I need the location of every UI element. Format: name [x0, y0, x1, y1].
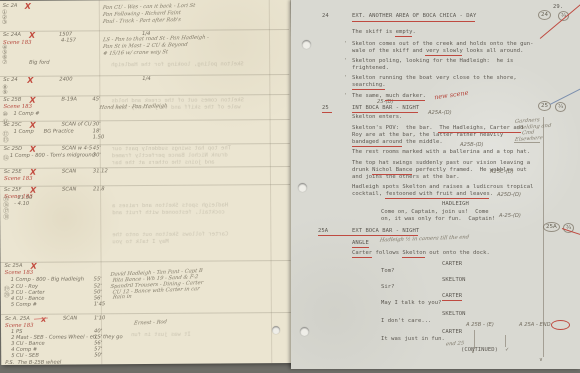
pencil-annotation: SCAN w 4-5 [62, 145, 92, 151]
dialogue-line: Sir? [381, 284, 394, 291]
punch-hole [272, 326, 280, 334]
take-number: ⑱ [3, 212, 9, 221]
pencil-annotation: Big ford [29, 60, 49, 66]
take-number: ⑬ [3, 135, 9, 144]
pencil-scribble: end 25 [446, 341, 465, 348]
red-scene-label: Scene 183 [4, 176, 33, 182]
red-x-mark: X [29, 31, 35, 40]
take-time: 30' [93, 121, 101, 127]
red-x-mark: X [27, 76, 33, 85]
red-underline [352, 89, 385, 90]
red-underline-heading-25 [352, 112, 418, 113]
character-cue: HADLEIGH [442, 201, 469, 208]
ledger-rule [0, 94, 289, 97]
pencil-scene-code: A25A-(D) [428, 110, 452, 116]
margin-reel-mark: ¾ [555, 102, 566, 112]
pencil-annotation: 5 Comp # [11, 302, 37, 308]
red-oval-end [551, 320, 570, 330]
red-underline [425, 55, 462, 56]
pencil-annotation: 1 Comp [14, 129, 34, 135]
dialogue-line: It was just in fun. [381, 336, 445, 343]
ledger-rule [1, 260, 291, 263]
red-underline [352, 146, 402, 147]
typed-line: Skelton poling, looking for the Hadleigh… [352, 58, 513, 65]
dialogue-line: Tom? [381, 268, 394, 275]
character-cue: SKELTON [442, 277, 466, 284]
pencil-annotation: SCAN of CU [62, 121, 92, 127]
ledger-scene-id: Sc 25B [3, 97, 21, 103]
ledger-rule [0, 166, 290, 169]
take-number: ⑦ [2, 59, 7, 66]
bleedthrough-text: The top hat swings suddenly past our [112, 145, 231, 152]
take-time: 30' [93, 152, 101, 158]
character-cue: SKELTON [442, 311, 466, 318]
margin-scene-mark-24: 24 [538, 10, 551, 20]
ledger-scene-id: Sc 25F [4, 187, 21, 193]
bleedthrough-text: wale of the skiff and very slowly looks [111, 104, 240, 111]
page-number: 29. [553, 4, 563, 11]
take-number: ⑨ [2, 89, 7, 96]
dialogue-line: I don't care... [381, 318, 431, 325]
pencil-annotation: 1 Comp # [14, 111, 40, 117]
pencil-arrowhead: ∨ [471, 349, 475, 355]
pencil-tick: ' [345, 75, 346, 81]
pencil-shot-note: Pan St in Mast - 2 CU & Beyond [102, 42, 187, 50]
pencil-scene-code: A 25A - END [519, 322, 551, 328]
red-annotation-new-scene: new scene [434, 89, 469, 102]
pencil-scene-code: A25D-(D) [497, 192, 521, 198]
pencil-annotation: BG Practice [44, 129, 74, 135]
red-underline [322, 112, 332, 113]
pencil-underline [514, 142, 540, 143]
pencil-interlinear-note: Hadleigh ½ in camera till the end [379, 234, 469, 243]
scene-number-24: 24 [322, 13, 329, 20]
left-page-content: Pan CU - Wes - can it back - Lori StPan … [0, 0, 291, 1]
margin-reel-mark: ¾ [558, 11, 569, 21]
ledger-rule [0, 119, 290, 122]
take-time: 55' [94, 276, 102, 282]
ledger-scene-id: Sc A. 25A [5, 316, 30, 322]
red-underline [372, 174, 412, 175]
ledger-column-rule [269, 0, 273, 363]
pencil-tick: ' [345, 58, 346, 64]
margin-scene-mark-25a: 25A [543, 222, 560, 232]
typed-line: Skelton running the boat very close to t… [352, 75, 517, 82]
take-number: ⑭ [3, 153, 9, 162]
red-underline-heading-25a [318, 235, 418, 236]
bleedthrough-text: May I talk to you [112, 239, 168, 245]
bleedthrough-text: and joins the others at the bar [112, 160, 215, 167]
red-scene-label: Scene 183 [5, 270, 34, 276]
margin-scene-mark-25: 25 [538, 101, 551, 111]
pencil-note: Ernest - Rod [133, 319, 167, 326]
pencil-wardrobe-note: Rain in [112, 294, 132, 301]
take-time: 45' [93, 145, 101, 151]
typed-line: Hadleigh spots Skelton and raises a ludi… [352, 184, 534, 191]
pencil-vertical-line [474, 330, 475, 349]
typed-line: The rest rooms marked with a ballerina a… [352, 149, 530, 156]
pencil-shot-note: Paul - Track - Part after Rob's [102, 17, 181, 25]
ledger-scene-id: Sc 25D [4, 146, 22, 152]
bleedthrough-text: Skelton poling, looking for the Hadleigh [111, 61, 243, 68]
bleedthrough-text: Hadleigh spots Skelton and raises a [112, 202, 228, 209]
red-underline [352, 257, 372, 258]
take-time: 1.50 [93, 134, 105, 140]
typed-line: Roy are at the bar, the latter rather he… [352, 132, 503, 139]
pencil-tick: ' [345, 93, 346, 99]
pencil-annotation: 1 Comp - 800 - Tom's midground [10, 152, 95, 159]
bleedthrough-text: Skelton comes out of the creek and holds [111, 97, 243, 104]
pencil-annotation: - 4.10 [14, 201, 29, 207]
scene-heading-24: EXT. ANOTHER AREA OF BOCA CHICA - DAY [352, 13, 476, 20]
left-page-continuity-ledger: Pan CU - Wes - can it back - Lori StPan … [0, 0, 293, 365]
pencil-annotation: 1 Comp - 800 - Big Hadleigh [11, 276, 84, 283]
pencil-vertical-line [543, 117, 544, 357]
bleedthrough-text: Carter follows Skelton out onto the [112, 231, 228, 238]
dialogue-line: Come on, Captain, join us! Come [381, 209, 489, 216]
pencil-scene-code: A 25B - (E) [466, 322, 494, 328]
typed-line: Skelton comes out of the creek and holds… [352, 41, 534, 48]
typed-line: The top hat swings suddenly past our vis… [352, 160, 530, 167]
pencil-shot-note: # 15/16 w/ crane way St [103, 49, 169, 57]
take-number: ③ [2, 19, 7, 26]
pencil-annotation: 5 CU - SEB [11, 353, 39, 359]
pencil-annotation: SCAN [62, 168, 76, 174]
red-x-mark: X [25, 2, 31, 11]
pencil-annotation: 4-157 [61, 37, 76, 43]
pencil-arrowhead: ∨ [539, 357, 543, 363]
pencil-vertical-line [505, 335, 506, 347]
take-time: 50' [94, 352, 102, 358]
red-underline-heading-24 [352, 21, 475, 22]
red-underline [442, 300, 462, 301]
pencil-check: ✓ [505, 347, 509, 353]
red-underline [395, 36, 412, 37]
take-time: 31.12 [93, 168, 108, 174]
continued-marker: (CONTINUED) [461, 347, 498, 354]
character-cue: CARTER [442, 329, 462, 336]
typed-line: and joins the others at the bar. [352, 174, 460, 181]
dialogue-line: on, it was only for fun. Captain! [381, 216, 495, 223]
right-page-typed-script: 29.24EXT. ANOTHER AREA OF BOCA CHICA - D… [291, 0, 580, 369]
punch-hole [302, 40, 311, 49]
ledger-rule [0, 184, 290, 187]
red-x-mark: x [41, 315, 46, 324]
pencil-scene-code: A25C-(D) [490, 169, 514, 175]
red-underline [352, 247, 369, 248]
punch-hole [300, 327, 309, 336]
pencil-postscript: P.S. The B-25B wheel [5, 360, 61, 366]
dialogue-line: May I talk to you? [381, 300, 442, 307]
ledger-scene-id: Sc 25C [4, 122, 22, 128]
take-number: ⑳ [4, 290, 10, 299]
pencil-annotation: SCAN [62, 186, 76, 192]
take-time: 1'10 [94, 315, 105, 321]
red-underline [402, 257, 425, 258]
take-time: 21.8 [93, 186, 105, 192]
character-cue: CARTER [442, 261, 462, 268]
pencil-tick: ' [345, 41, 346, 47]
bleedthrough-text: cocktail, festooned with fruit and [112, 209, 225, 216]
ledger-scene-id: Sc 25A [5, 263, 23, 269]
ledger-scene-id: Sc 24A [3, 32, 21, 38]
pencil-annotation: 1/4 [142, 31, 150, 37]
punch-hole [298, 183, 307, 192]
bleedthrough-text: It was just in fun [131, 332, 191, 338]
typed-line: frightened. [352, 65, 389, 72]
pencil-scene-code: A-25-(D) [499, 213, 521, 219]
scanned-script-spread: Pan CU - Wes - can it back - Lori StPan … [0, 0, 580, 373]
blue-pencil-stroke [550, 89, 580, 105]
pencil-annotation: 2400 [59, 77, 72, 83]
take-time: 45' [92, 96, 100, 102]
pencil-annotation: 1/4 [142, 76, 150, 82]
pencil-annotation: B-19A [61, 96, 77, 102]
bleedthrough-text: drunk Nichol Bance perfectly framed [112, 152, 228, 159]
red-scene-label: Scene 183 [3, 104, 32, 110]
red-underline [385, 100, 425, 101]
red-underline [385, 198, 489, 199]
ledger-scene-id: Sc 24 [3, 77, 17, 83]
pencil-annotation: SCAN [63, 315, 77, 321]
typed-line: Skelton enters. [352, 114, 402, 121]
ledger-scene-id: Sc 25E [4, 169, 22, 175]
pencil-scene-code: A25B-(D) [460, 142, 484, 148]
red-underline [438, 132, 521, 133]
take-time: 1'45 [94, 301, 105, 307]
